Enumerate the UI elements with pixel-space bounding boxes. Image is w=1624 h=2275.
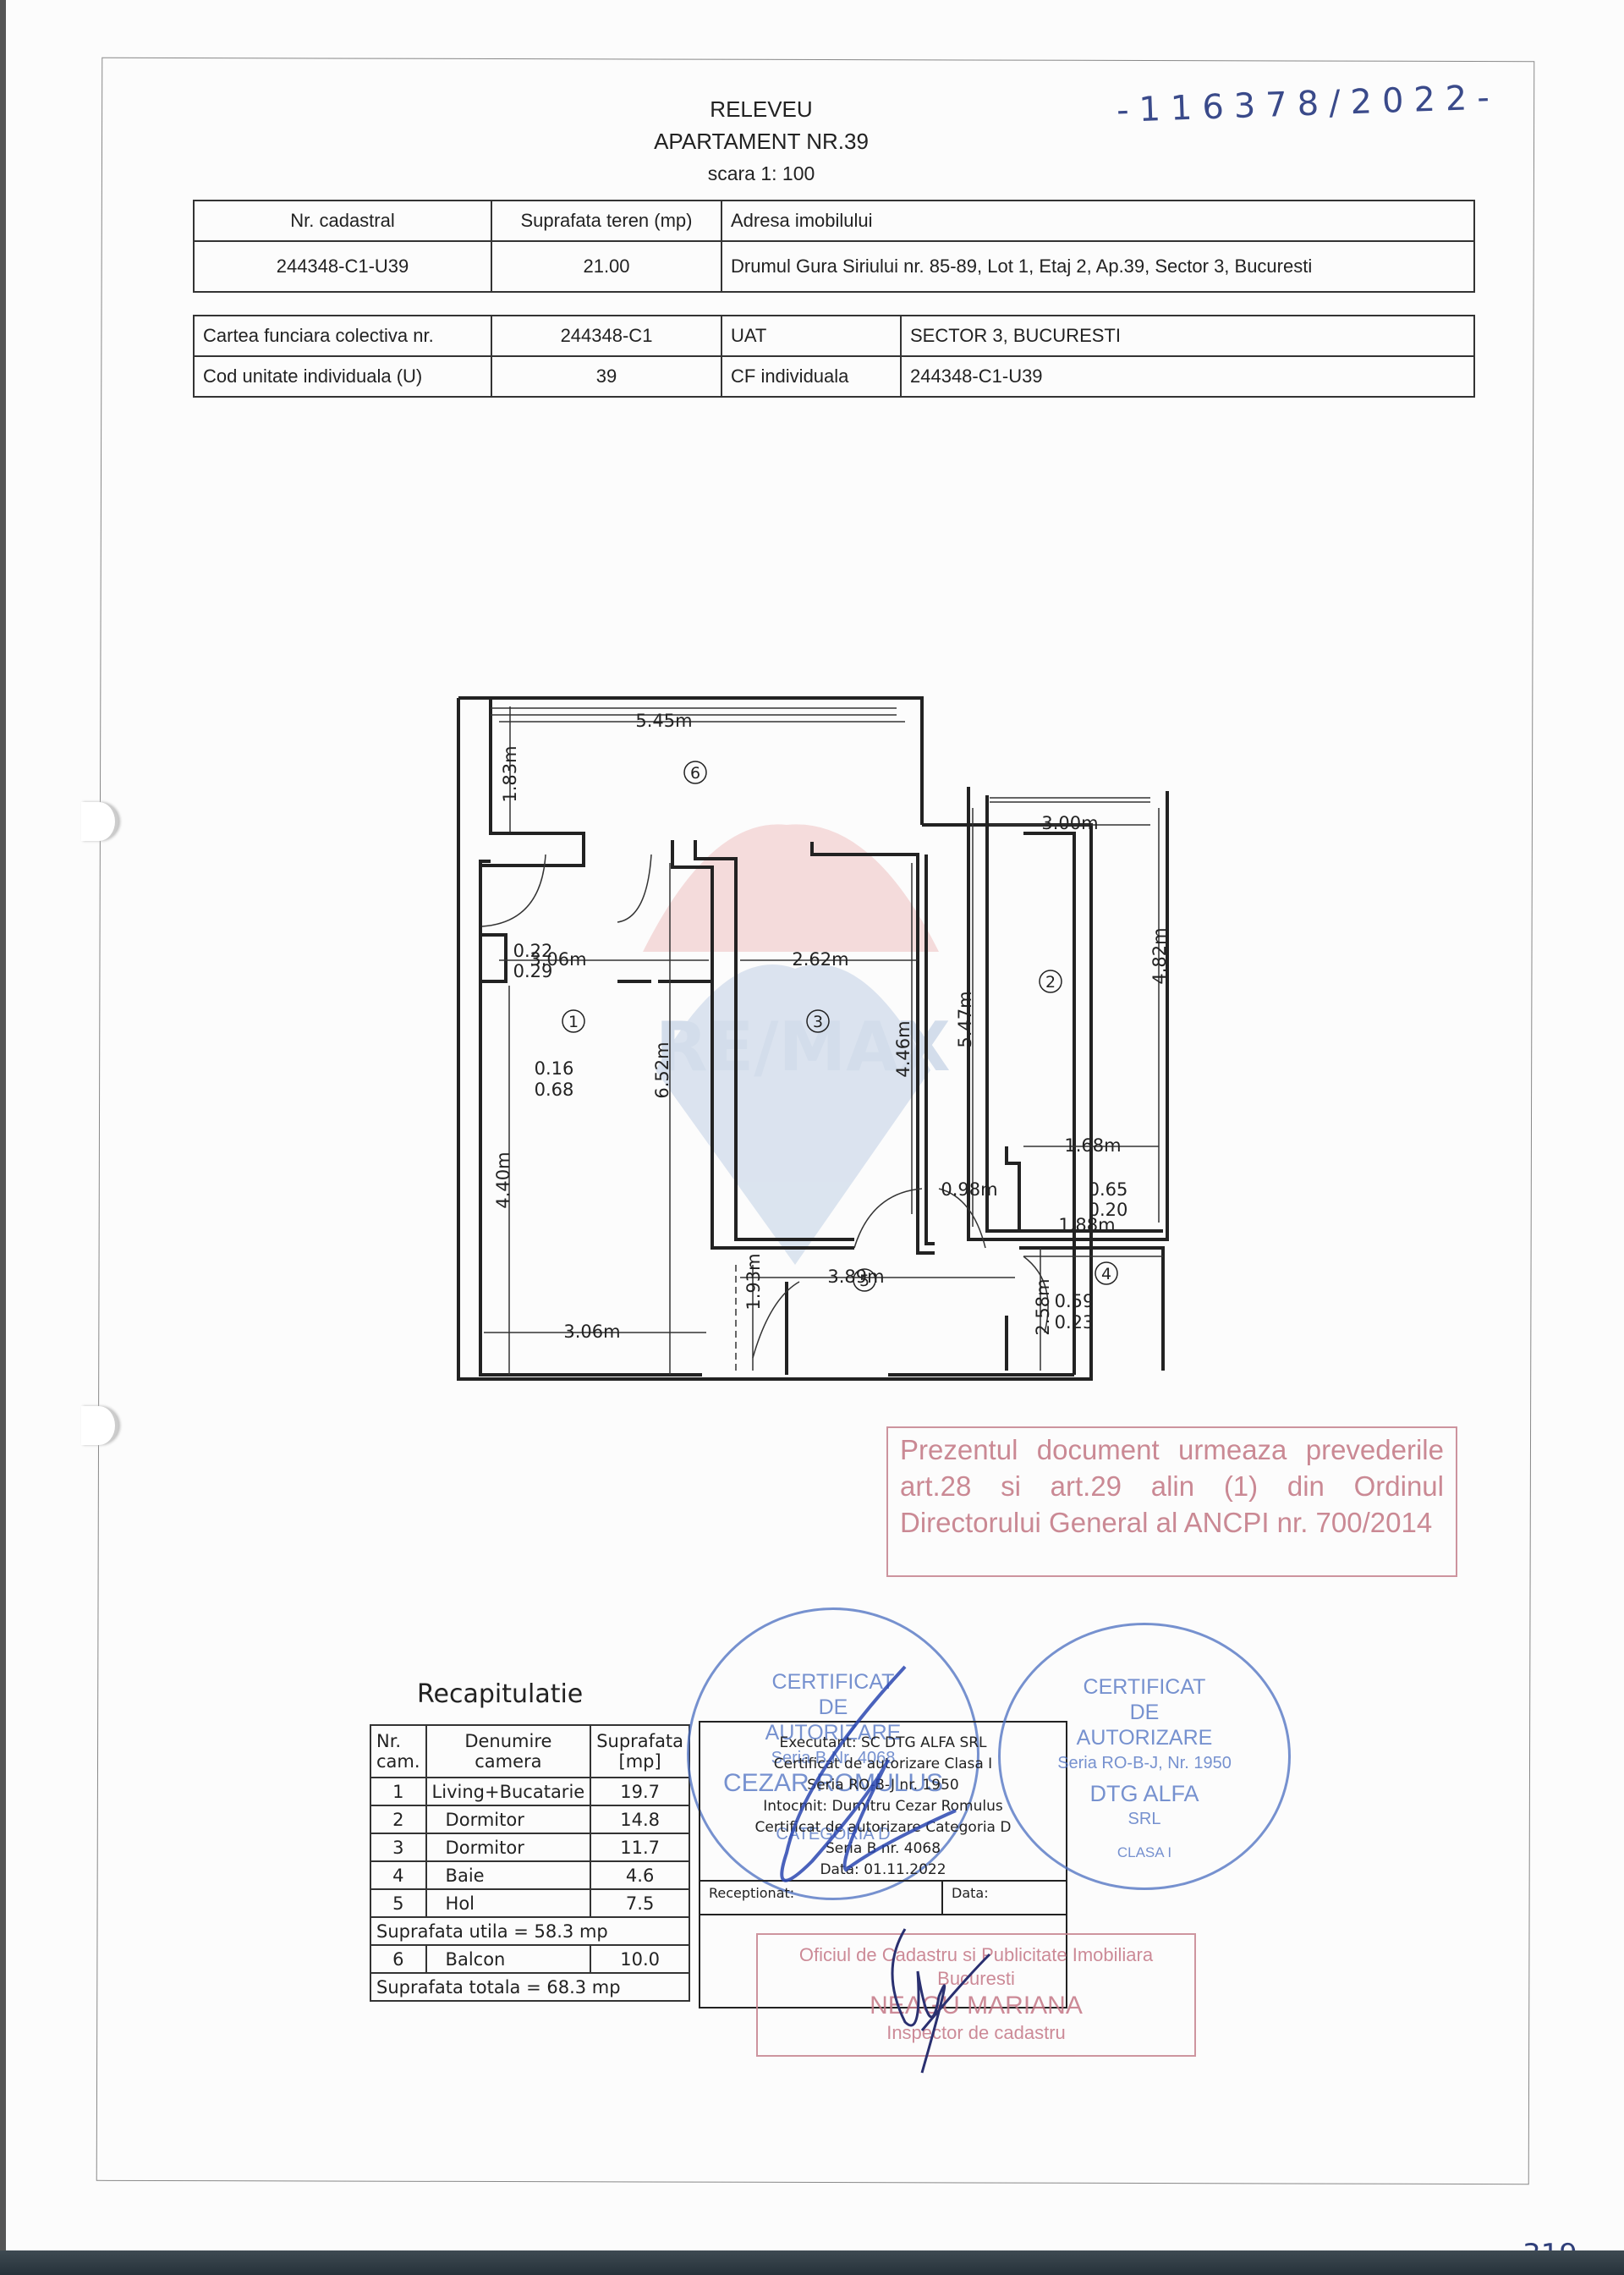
svg-text:3.06m: 3.06m (563, 1322, 620, 1342)
svg-text:2: 2 (1045, 973, 1056, 992)
room-name: Baie (426, 1861, 591, 1889)
document-title: RELEVEU (592, 93, 930, 125)
seal-text: AUTORIZARE (1001, 1725, 1288, 1750)
svg-text:5.45m: 5.45m (635, 711, 692, 731)
table-row: 3Dormitor11.7 (370, 1833, 689, 1861)
company-authorization-seal: CERTIFICAT DE AUTORIZARE Seria RO-B-J, N… (998, 1623, 1291, 1890)
signature-inspector (871, 1921, 1007, 2081)
header-cell: Suprafata teren (mp) (491, 201, 721, 241)
room-name: Dormitor (426, 1833, 591, 1861)
svg-text:1: 1 (568, 1013, 579, 1031)
svg-text:0.98m: 0.98m (941, 1179, 997, 1200)
svg-text:4.46m: 4.46m (893, 1020, 913, 1077)
svg-text:0.23: 0.23 (1055, 1312, 1095, 1333)
svg-text:0.65: 0.65 (1089, 1179, 1128, 1200)
seal-text: Seria RO-B-J, Nr. 1950 (1001, 1750, 1288, 1776)
seal-text: CERTIFICAT (1001, 1674, 1288, 1700)
seal-text: DTG ALFA (1001, 1776, 1288, 1806)
value-cell: SECTOR 3, BUCURESTI (901, 316, 1474, 356)
room-area: 10.0 (590, 1945, 689, 1973)
signature-executant (736, 1650, 990, 1921)
room-name: Balcon (426, 1945, 591, 1973)
svg-text:2.58m: 2.58m (1033, 1278, 1053, 1335)
room-number: 5 (370, 1889, 426, 1917)
land-book-table: Cartea funciara colectiva nr. 244348-C1 … (193, 315, 1475, 398)
svg-text:6: 6 (690, 764, 700, 783)
svg-text:0.16: 0.16 (535, 1058, 574, 1079)
value-cell: 244348-C1-U39 (901, 356, 1474, 397)
svg-text:4.82m: 4.82m (1149, 927, 1170, 984)
svg-text:4: 4 (1101, 1265, 1111, 1283)
table-row: 2Dormitor14.8 (370, 1805, 689, 1833)
svg-text:0.20: 0.20 (1089, 1200, 1128, 1220)
room-area: 7.5 (590, 1889, 689, 1917)
label-cell: CF individuala (721, 356, 901, 397)
svg-text:1.83m: 1.83m (500, 745, 520, 802)
room-area: 11.7 (590, 1833, 689, 1861)
seal-text: CLASA I (1001, 1832, 1288, 1866)
header-cell: Nr. cam. (370, 1725, 426, 1778)
svg-text:3.00m: 3.00m (1041, 813, 1098, 833)
svg-text:0.68: 0.68 (535, 1080, 574, 1100)
property-table: Nr. cadastral Suprafata teren (mp) Adres… (193, 200, 1475, 293)
svg-text:1.68m: 1.68m (1064, 1135, 1121, 1156)
room-number: 6 (370, 1945, 426, 1973)
land-area: 21.00 (491, 241, 721, 292)
room-number: 1 (370, 1778, 426, 1805)
value-cell: 39 (491, 356, 721, 397)
property-address: Drumul Gura Siriului nr. 85-89, Lot 1, E… (721, 241, 1474, 292)
room-area: 14.8 (590, 1805, 689, 1833)
room-name: Living+Bucatarie (426, 1778, 591, 1805)
svg-text:0.22: 0.22 (513, 941, 553, 961)
value-cell: 244348-C1 (491, 316, 721, 356)
background-surface (0, 2250, 1624, 2275)
svg-text:5: 5 (859, 1272, 870, 1290)
room-number: 2 (370, 1805, 426, 1833)
punch-hole-icon (81, 802, 118, 841)
label-cell: Cod unitate individuala (U) (194, 356, 491, 397)
punch-hole-icon (81, 1406, 118, 1445)
header-cell: Adresa imobilului (721, 201, 1474, 241)
ancpi-notice-stamp: Prezentul document urmeaza prevederile a… (886, 1426, 1457, 1577)
svg-text:0.29: 0.29 (513, 961, 553, 981)
room-name: Dormitor (426, 1805, 591, 1833)
label-cell: UAT (721, 316, 901, 356)
room-number: 3 (370, 1833, 426, 1861)
header-cell: Denumire camera (426, 1725, 591, 1778)
recap-table: Nr. cam. Denumire camera Suprafata [mp] … (370, 1724, 690, 2002)
room-area: 4.6 (590, 1861, 689, 1889)
svg-text:1.93m: 1.93m (743, 1253, 764, 1310)
label-cell: Cartea funciara colectiva nr. (194, 316, 491, 356)
svg-text:2.62m: 2.62m (792, 949, 848, 970)
svg-text:3.89m: 3.89m (827, 1267, 884, 1287)
grand-total: Suprafata totala = 68.3 mp (370, 1973, 689, 2001)
document-page: RELEVEU APARTAMENT NR.39 scara 1: 100 -1… (0, 0, 1624, 2275)
document-header: RELEVEU APARTAMENT NR.39 scara 1: 100 (592, 93, 930, 190)
seal-text: SRL (1001, 1806, 1288, 1832)
floor-plan: RE/MAX (448, 690, 1210, 1400)
page-edge-shadow (0, 0, 6, 2250)
table-row: 5Hol7.5 (370, 1889, 689, 1917)
svg-text:5.47m: 5.47m (955, 991, 975, 1047)
room-area: 19.7 (590, 1778, 689, 1805)
seal-text: DE (1001, 1700, 1288, 1725)
svg-text:6.52m: 6.52m (652, 1041, 672, 1098)
svg-text:4.40m: 4.40m (493, 1151, 513, 1208)
scale-label: scara 1: 100 (592, 157, 930, 190)
svg-text:3: 3 (813, 1013, 823, 1031)
room-name: Hol (426, 1889, 591, 1917)
table-row: 4Baie4.6 (370, 1861, 689, 1889)
header-cell: Suprafata [mp] (590, 1725, 689, 1778)
usable-area-total: Suprafata utila = 58.3 mp (370, 1917, 689, 1945)
table-row: 1Living+Bucatarie19.7 (370, 1778, 689, 1805)
document-subtitle: APARTAMENT NR.39 (592, 125, 930, 157)
recap-title: Recapitulatie (417, 1679, 583, 1709)
cadastral-number: 244348-C1-U39 (194, 241, 491, 292)
svg-text:0.59: 0.59 (1055, 1291, 1095, 1311)
header-cell: Nr. cadastral (194, 201, 491, 241)
room-number: 4 (370, 1861, 426, 1889)
